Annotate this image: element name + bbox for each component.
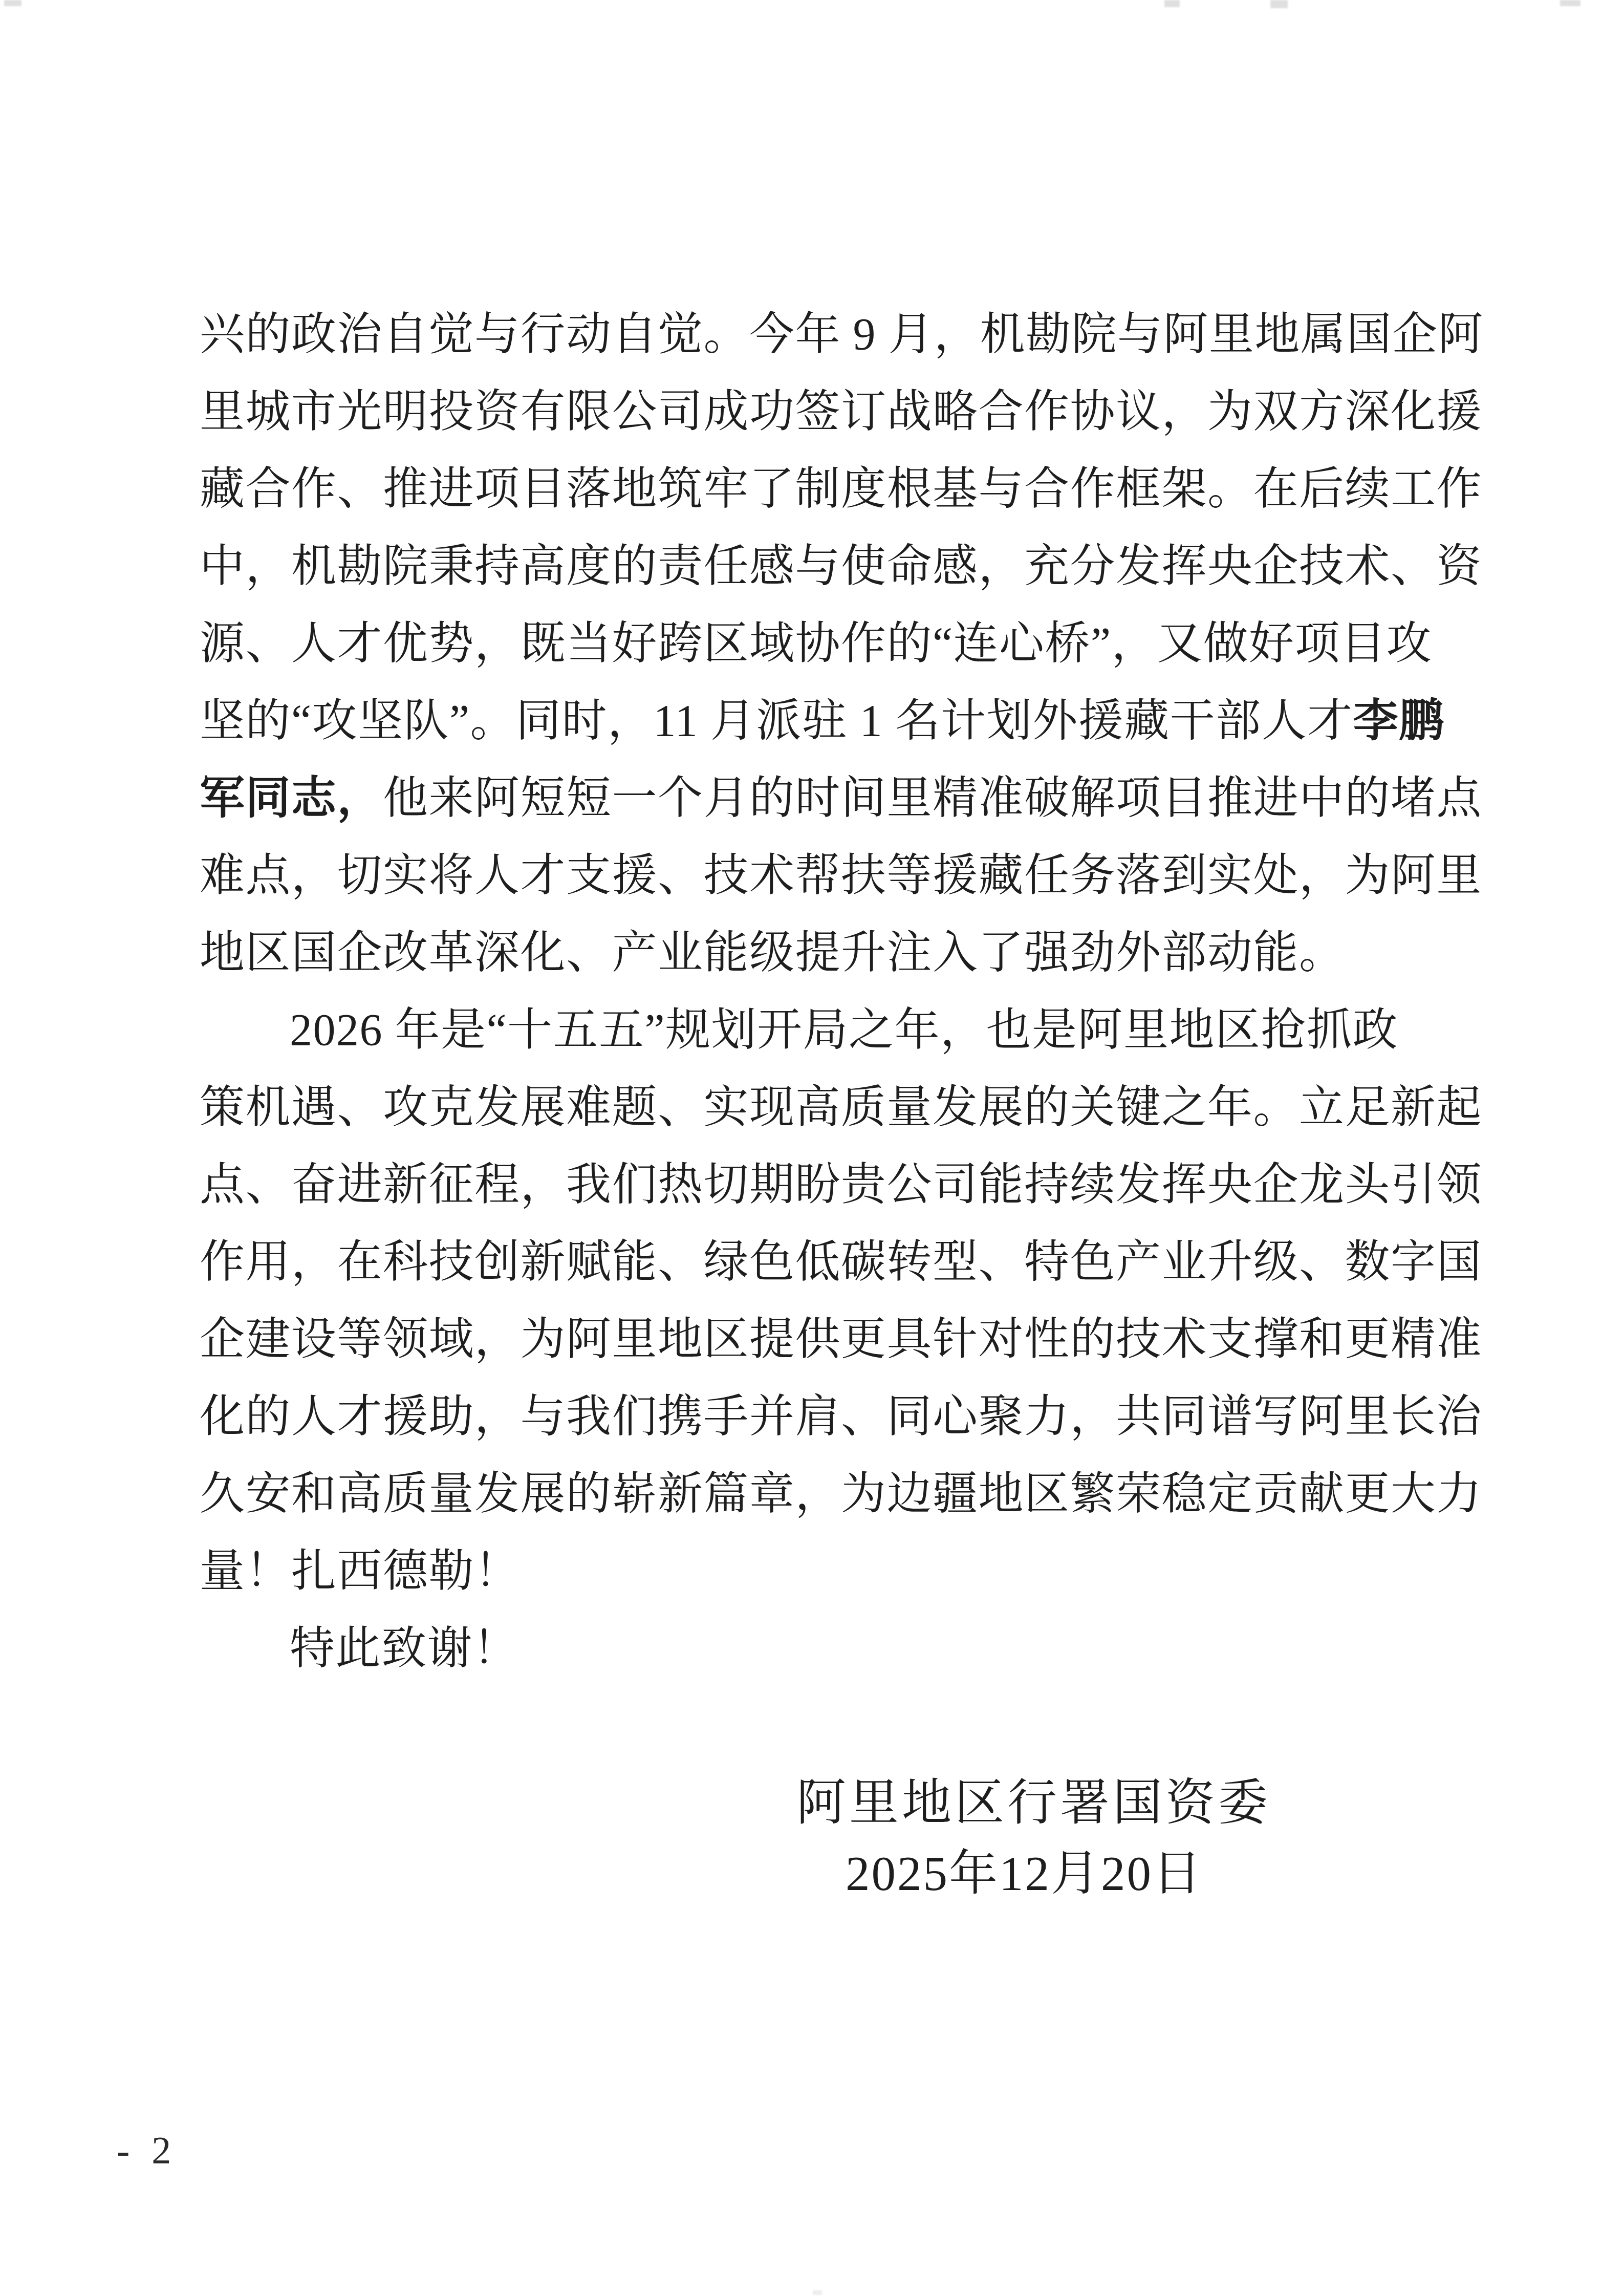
body-line: 坚的“攻坚队”。同时，11 月派驻 1 名计划外援藏干部人才李鹏 [200, 682, 1475, 760]
body-line: 源、人才优势，既当好跨区域协作的“连心桥”，又做好项目攻 [200, 605, 1475, 682]
body-line: 企建设等领域，为阿里地区提供更具针对性的技术支撑和更精准 [200, 1301, 1475, 1378]
body-line: 军同志，他来阿短短一个月的时间里精准破解项目推进中的堵点 [200, 760, 1475, 837]
text-run: 里城市光明投资有限公司成功签订战略合作协议，为双方深化援 [200, 387, 1482, 437]
text-run: 源、人才优势，既当好跨区域协作的“连心桥”，又做好项目攻 [200, 619, 1432, 669]
text-run: 点、奋进新征程，我们热切期盼贵公司能持续发挥央企龙头引领 [200, 1160, 1482, 1210]
body-line: 地区国企改革深化、产业能级提升注入了强劲外部动能。 [200, 914, 1475, 992]
bold-text-run: 军同志， [200, 774, 383, 823]
body-line: 化的人才援助，与我们携手并肩、同心聚力，共同谱写阿里长治 [200, 1378, 1475, 1455]
scan-artifact [1164, 0, 1180, 7]
text-run: 兴的政治自觉与行动自觉。今年 9 月，机勘院与阿里地属国企阿 [200, 310, 1484, 359]
body-line: 特此致谢！ [200, 1610, 1475, 1687]
body-line: 作用，在科技创新赋能、绿色低碳转型、特色产业升级、数字国 [200, 1224, 1475, 1301]
bold-text-run: 李鹏 [1353, 696, 1445, 746]
body-line: 点、奋进新征程，我们热切期盼贵公司能持续发挥央企龙头引领 [200, 1146, 1475, 1224]
body-line: 量！扎西德勒！ [200, 1533, 1475, 1610]
scan-artifact [4, 0, 21, 6]
scan-artifact [813, 2290, 822, 2295]
text-run: 他来阿短短一个月的时间里精准破解项目推进中的堵点 [383, 774, 1482, 823]
body-line: 久安和高质量发展的崭新篇章，为边疆地区繁荣稳定贡献更大力 [200, 1455, 1475, 1533]
text-run: 藏合作、推进项目落地筑牢了制度根基与合作框架。在后续工作 [200, 464, 1482, 514]
body-line: 里城市光明投资有限公司成功签订战略合作协议，为双方深化援 [200, 373, 1475, 450]
text-run: 特此致谢！ [290, 1624, 519, 1673]
text-run: 久安和高质量发展的崭新篇章，为边疆地区繁荣稳定贡献更大力 [200, 1469, 1482, 1519]
text-run: 作用，在科技创新赋能、绿色低碳转型、特色产业升级、数字国 [200, 1237, 1482, 1287]
scan-artifact [1270, 0, 1288, 8]
text-run: 策机遇、攻克发展难题、实现高质量发展的关键之年。立足新起 [200, 1083, 1482, 1132]
text-run: 坚的“攻坚队”。同时，11 月派驻 1 名计划外援藏干部人才 [200, 696, 1353, 746]
document-page: 兴的政治自觉与行动自觉。今年 9 月，机勘院与阿里地属国企阿里城市光明投资有限公… [0, 0, 1624, 2296]
body-line: 兴的政治自觉与行动自觉。今年 9 月，机勘院与阿里地属国企阿 [200, 296, 1475, 373]
signature-line: 阿里地区行署国资委 [796, 1772, 1271, 1834]
body-line: 2026 年是“十五五”规划开局之年，也是阿里地区抢抓政 [200, 992, 1475, 1069]
text-run: 量！扎西德勒！ [200, 1547, 521, 1596]
scan-artifact [1560, 0, 1580, 6]
date-line: 2025年12月20日 [846, 1843, 1203, 1904]
body-line: 中，机勘院秉持高度的责任感与使命感，充分发挥央企技术、资 [200, 528, 1475, 605]
body-line: 策机遇、攻克发展难题、实现高质量发展的关键之年。立足新起 [200, 1069, 1475, 1146]
text-run: 中，机勘院秉持高度的责任感与使命感，充分发挥央企技术、资 [200, 542, 1482, 591]
text-run: 2026 年是“十五五”规划开局之年，也是阿里地区抢抓政 [290, 1005, 1398, 1055]
text-run: 难点，切实将人才支援、技术帮扶等援藏任务落到实处，为阿里 [200, 851, 1482, 900]
body-line: 藏合作、推进项目落地筑牢了制度根基与合作框架。在后续工作 [200, 450, 1475, 528]
text-run: 企建设等领域，为阿里地区提供更具针对性的技术支撑和更精准 [200, 1315, 1482, 1364]
body-line: 难点，切实将人才支援、技术帮扶等援藏任务落到实处，为阿里 [200, 837, 1475, 914]
text-run: 化的人才援助，与我们携手并肩、同心聚力，共同谱写阿里长治 [200, 1392, 1482, 1442]
page-number: - 2 [117, 2128, 177, 2174]
letter-body: 兴的政治自觉与行动自觉。今年 9 月，机勘院与阿里地属国企阿里城市光明投资有限公… [200, 296, 1475, 1687]
text-run: 地区国企改革深化、产业能级提升注入了强劲外部动能。 [200, 928, 1345, 978]
